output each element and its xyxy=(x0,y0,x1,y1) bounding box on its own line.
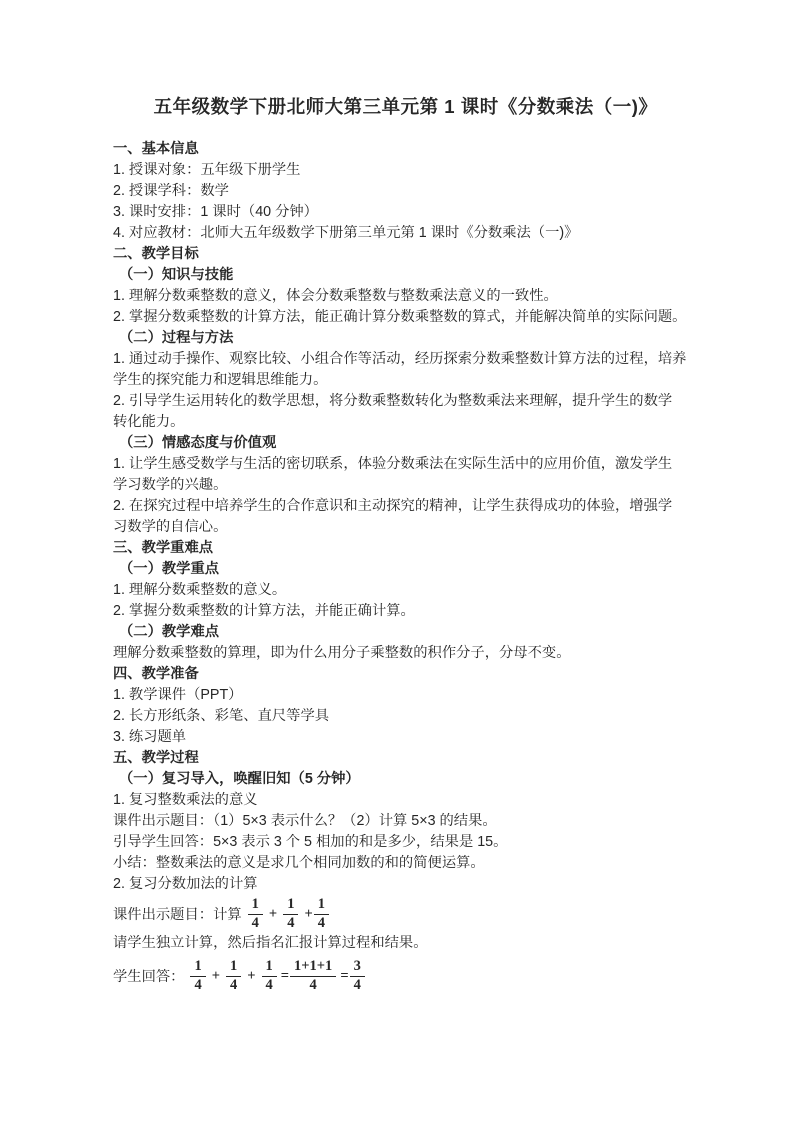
doc-line-subject: 2. 授课学科：数学 xyxy=(113,181,698,202)
courseware-fraction-formula: 课件出示题目：计算 14 + 14 + 14 xyxy=(113,895,698,933)
doc-line: 2. 引导学生运用转化的数学思想，将分数乘整数转化为整数乘法来理解，提升学生的数… xyxy=(113,391,698,412)
doc-line: 学生的探究能力和逻辑思维能力。 xyxy=(113,370,698,391)
heading-teaching-preparation: 四、教学准备 xyxy=(113,664,698,685)
doc-line: 2. 复习分数加法的计算 xyxy=(113,874,698,895)
fraction-sum-numerator: 1+1+14 xyxy=(290,959,336,993)
heading-basic-info: 一、基本信息 xyxy=(113,139,698,160)
plus-operator: + xyxy=(212,968,220,985)
subheading-review-intro: （一）复习导入，唤醒旧知（5 分钟） xyxy=(113,769,698,790)
formula-label: 学生回答： xyxy=(113,966,184,986)
doc-line: 1. 通过动手操作、观察比较、小组合作等活动，经历探索分数乘整数计算方法的过程，… xyxy=(113,349,698,370)
heading-teaching-process: 五、教学过程 xyxy=(113,748,698,769)
doc-line: 请学生独立计算，然后指名汇报计算过程和结果。 xyxy=(113,933,698,954)
doc-line: 2. 长方形纸条、彩笔、直尺等学具 xyxy=(113,706,698,727)
doc-line: 1. 教学课件（PPT） xyxy=(113,685,698,706)
doc-line: 1. 让学生感受数学与生活的密切联系，体验分数乘法在实际生活中的应用价值，激发学… xyxy=(113,454,698,475)
subheading-process-method: （二）过程与方法 xyxy=(113,328,698,349)
doc-line: 理解分数乘整数的算理，即为什么用分子乘整数的积作分子，分母不变。 xyxy=(113,643,698,664)
doc-line-textbook: 4. 对应教材：北师大五年级数学下册第三单元第 1 课时《分数乘法（一)》 xyxy=(113,223,698,244)
subheading-difficult-points: （二）教学难点 xyxy=(113,622,698,643)
doc-line: 2. 掌握分数乘整数的计算方法，并能正确计算。 xyxy=(113,601,698,622)
subheading-attitude-values: （三）情感态度与价值观 xyxy=(113,433,698,454)
doc-line: 课件出示题目：（1）5×3 表示什么？（2）计算 5×3 的结果。 xyxy=(113,811,698,832)
doc-line-schedule: 3. 课时安排：1 课时（40 分钟） xyxy=(113,202,698,223)
doc-line: 2. 掌握分数乘整数的计算方法，能正确计算分数乘整数的算式，并能解决简单的实际问… xyxy=(113,307,698,328)
document-title: 五年级数学下册北师大第三单元第 1 课时《分数乘法（一)》 xyxy=(113,94,698,120)
doc-line: 小结：整数乘法的意义是求几个相同加数的和的简便运算。 xyxy=(113,853,698,874)
plus-operator: + xyxy=(247,968,255,985)
heading-teaching-goals: 二、教学目标 xyxy=(113,244,698,265)
doc-line: 1. 理解分数乘整数的意义，体会分数乘整数与整数乘法意义的一致性。 xyxy=(113,286,698,307)
subheading-key-points: （一）教学重点 xyxy=(113,559,698,580)
student-answer-formula: 学生回答： 14 + 14 + 14 = 1+1+14 = 34 xyxy=(113,954,698,998)
fraction-one-quarter: 14 xyxy=(226,959,241,993)
doc-line: 3. 练习题单 xyxy=(113,727,698,748)
doc-line: 习数学的自信心。 xyxy=(113,517,698,538)
doc-line-teaching-target-audience: 1. 授课对象：五年级下册学生 xyxy=(113,160,698,181)
plus-operator: + xyxy=(304,906,312,923)
doc-line: 转化能力。 xyxy=(113,412,698,433)
fraction-one-quarter: 14 xyxy=(262,959,277,993)
doc-line: 2. 在探究过程中培养学生的合作意识和主动探究的精神，让学生获得成功的体验，增强… xyxy=(113,496,698,517)
doc-line: 学习数学的兴趣。 xyxy=(113,475,698,496)
fraction-three-quarters: 34 xyxy=(350,959,365,993)
subheading-knowledge-skills: （一）知识与技能 xyxy=(113,265,698,286)
doc-line: 1. 复习整数乘法的意义 xyxy=(113,790,698,811)
plus-operator: + xyxy=(269,906,277,923)
fraction-one-quarter: 14 xyxy=(314,897,329,931)
fraction-one-quarter: 14 xyxy=(283,897,298,931)
fraction-one-quarter: 14 xyxy=(248,897,263,931)
doc-line: 1. 理解分数乘整数的意义。 xyxy=(113,580,698,601)
document-page: 五年级数学下册北师大第三单元第 1 课时《分数乘法（一)》 一、基本信息 1. … xyxy=(0,0,794,1123)
doc-line: 引导学生回答：5×3 表示 3 个 5 相加的和是多少，结果是 15。 xyxy=(113,832,698,853)
heading-key-difficult-points: 三、教学重难点 xyxy=(113,538,698,559)
fraction-one-quarter: 14 xyxy=(190,959,205,993)
formula-label: 课件出示题目：计算 xyxy=(113,904,242,924)
equals-operator: = xyxy=(340,968,348,985)
equals-operator: = xyxy=(281,968,289,985)
